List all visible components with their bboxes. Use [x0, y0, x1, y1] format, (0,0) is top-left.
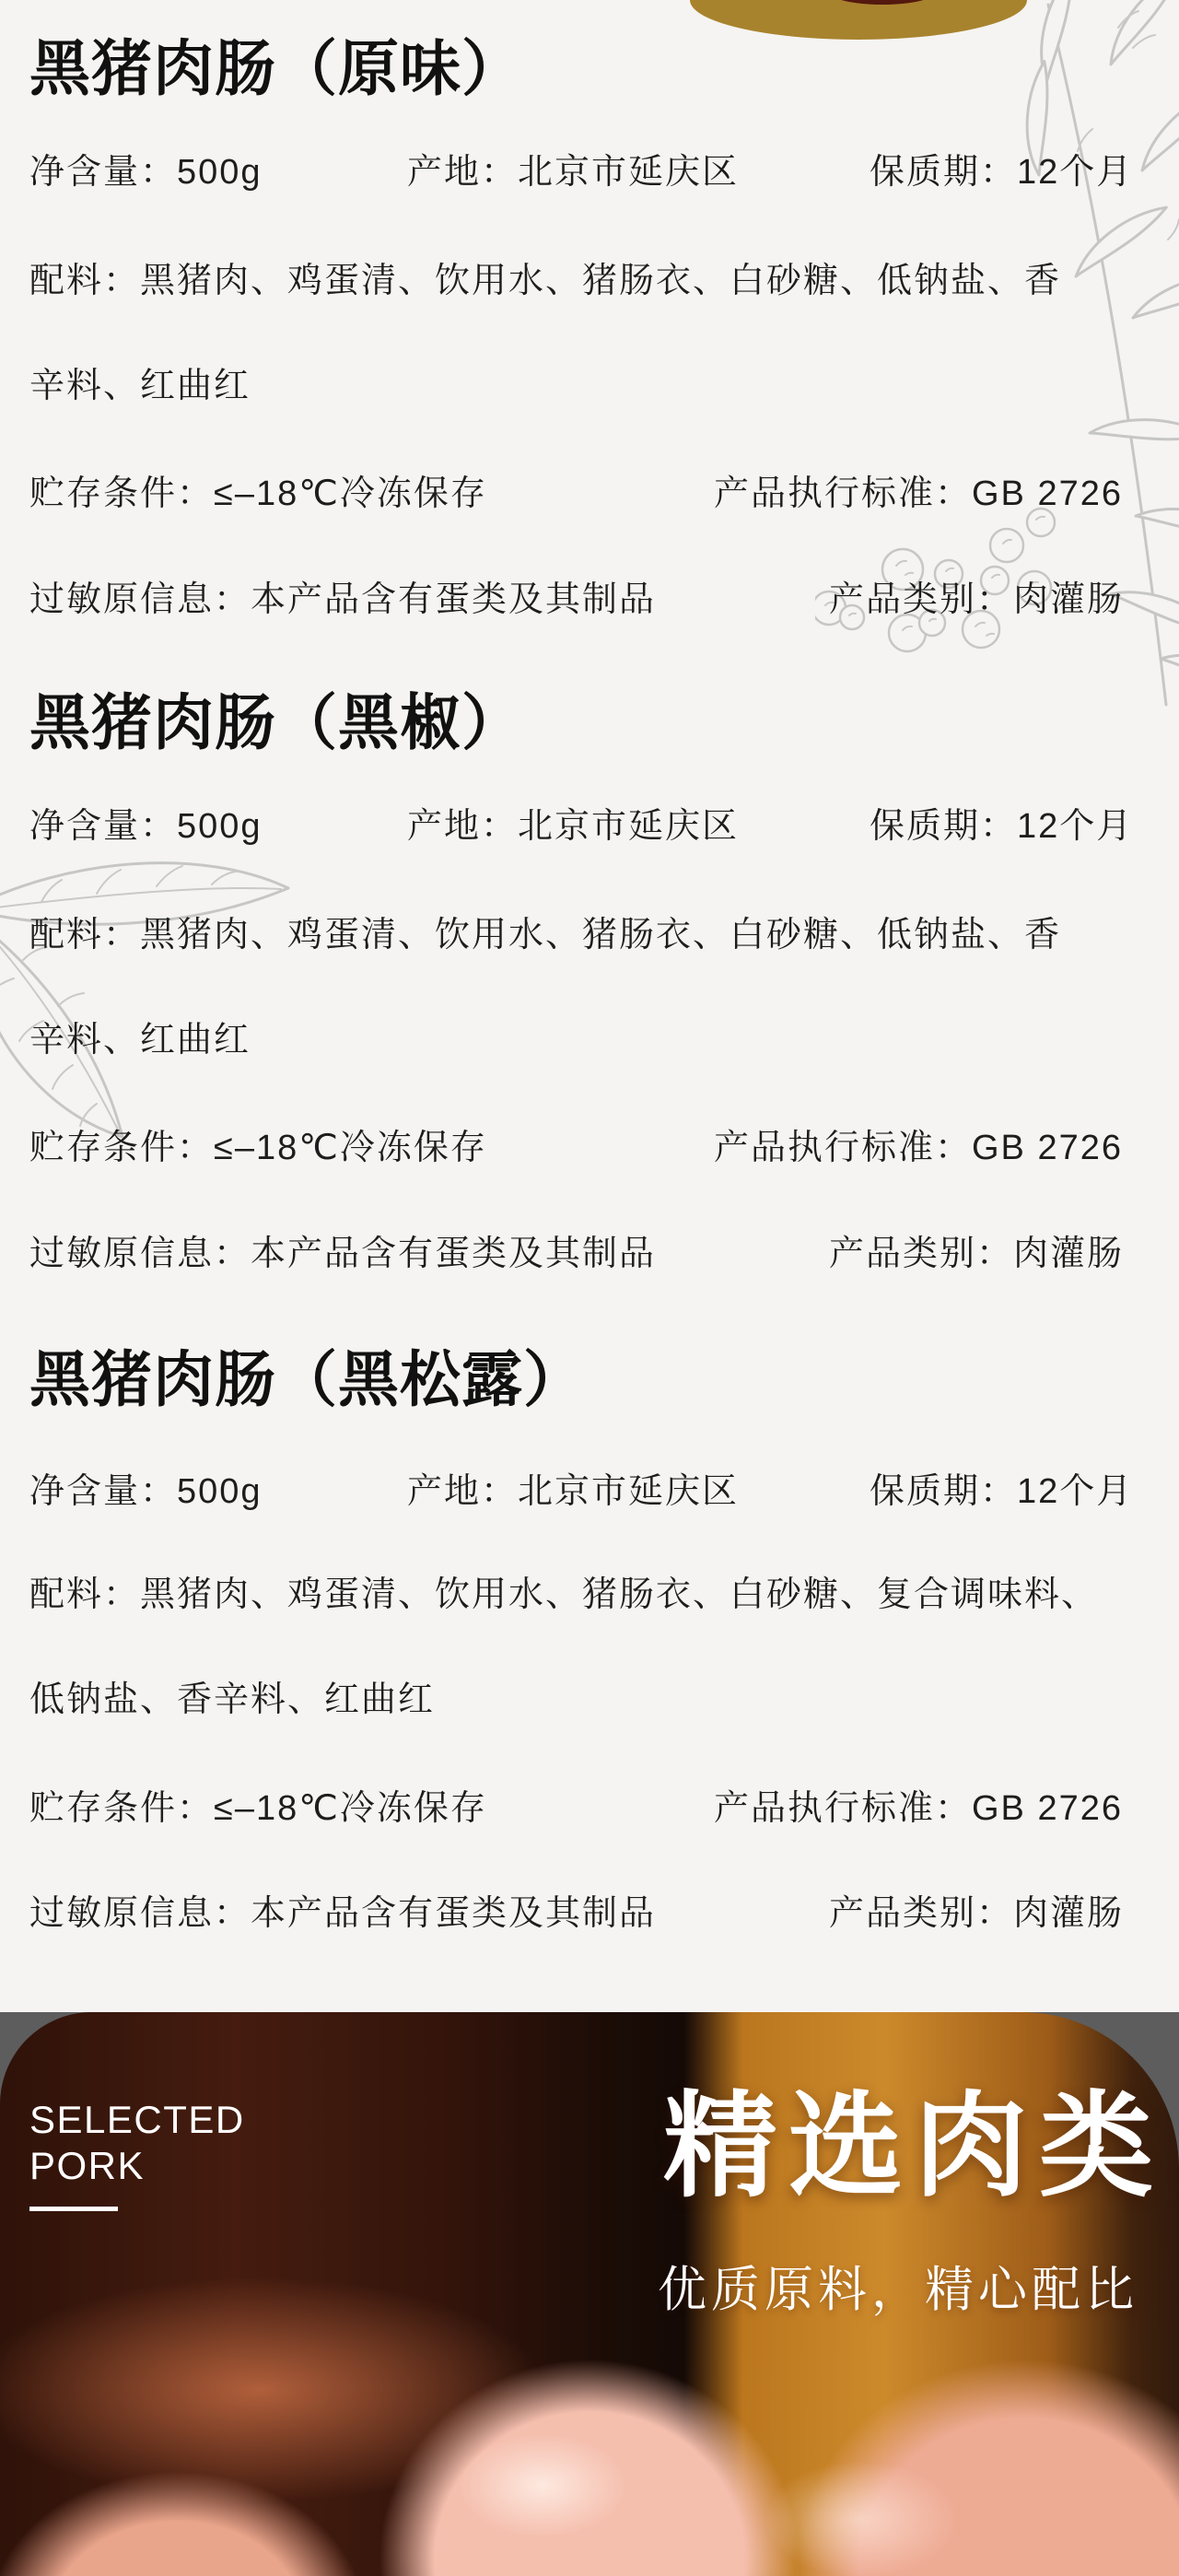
net-weight-text: 净含量：500g: [29, 805, 263, 848]
origin-text: 产地：北京市延庆区: [407, 805, 739, 848]
net-weight-text: 净含量：500g: [29, 151, 263, 193]
ingredients-text: 配料：黑猪肉、鸡蛋清、饮用水、猪肠衣、白砂糖、低钠盐、香: [29, 260, 1061, 302]
spec-row: 净含量：500g 产地：北京市延庆区 保质期：12个月: [29, 805, 1150, 848]
ingredients-text: 配料：黑猪肉、鸡蛋清、饮用水、猪肠衣、白砂糖、低钠盐、香: [29, 914, 1061, 956]
ingredients-row: 配料：黑猪肉、鸡蛋清、饮用水、猪肠衣、白砂糖、复合调味料、: [29, 1574, 1150, 1616]
shelf-life-text: 保质期：12个月: [870, 1470, 1133, 1513]
storage-text: 贮存条件：≤–18℃冷冻保存: [29, 1127, 487, 1169]
product-title: 黑猪肉肠（黑松露）: [29, 1347, 585, 1411]
spec-row: 过敏原信息：本产品含有蛋类及其制品 产品类别：肉灌肠: [29, 1233, 1150, 1275]
spec-row: 过敏原信息：本产品含有蛋类及其制品 产品类别：肉灌肠: [29, 1892, 1150, 1935]
spec-row: 净含量：500g 产地：北京市延庆区 保质期：12个月: [29, 151, 1150, 193]
spec-row: 贮存条件：≤–18℃冷冻保存 产品执行标准：GB 2726: [29, 473, 1150, 515]
category-text: 产品类别：肉灌肠: [829, 1233, 1124, 1275]
category-text: 产品类别：肉灌肠: [829, 579, 1124, 621]
ingredients-row: 辛料、红曲红: [29, 365, 1150, 407]
maroon-arc-decoration: [827, 0, 938, 5]
storage-text: 贮存条件：≤–18℃冷冻保存: [29, 473, 487, 515]
ingredients-text-continued: 辛料、红曲红: [29, 365, 251, 407]
brand-line-1: SELECTED: [29, 2097, 245, 2143]
ingredients-text: 配料：黑猪肉、鸡蛋清、饮用水、猪肠衣、白砂糖、复合调味料、: [29, 1574, 1098, 1616]
ingredients-row: 配料：黑猪肉、鸡蛋清、饮用水、猪肠衣、白砂糖、低钠盐、香: [29, 260, 1150, 302]
gold-arc-decoration: [690, 0, 1027, 40]
product-title: 黑猪肉肠（黑椒）: [29, 690, 523, 755]
standard-text: 产品执行标准：GB 2726: [714, 1787, 1123, 1830]
allergen-text: 过敏原信息：本产品含有蛋类及其制品: [29, 1233, 656, 1275]
origin-text: 产地：北京市延庆区: [407, 151, 739, 193]
ingredients-text-continued: 辛料、红曲红: [29, 1019, 251, 1061]
spec-row: 贮存条件：≤–18℃冷冻保存 产品执行标准：GB 2726: [29, 1127, 1150, 1169]
origin-text: 产地：北京市延庆区: [407, 1470, 739, 1513]
standard-text: 产品执行标准：GB 2726: [714, 473, 1123, 515]
ingredients-row: 辛料、红曲红: [29, 1019, 1150, 1061]
spec-row: 贮存条件：≤–18℃冷冻保存 产品执行标准：GB 2726: [29, 1787, 1150, 1830]
shelf-life-text: 保质期：12个月: [870, 151, 1133, 193]
product-spec-section-original: 黑猪肉肠（原味） 净含量：500g 产地：北京市延庆区 保质期：12个月 配料：…: [29, 36, 1150, 692]
storage-text: 贮存条件：≤–18℃冷冻保存: [29, 1787, 487, 1830]
product-spec-section-black-pepper: 黑猪肉肠（黑椒） 净含量：500g 产地：北京市延庆区 保质期：12个月 配料：…: [29, 690, 1150, 1346]
standard-text: 产品执行标准：GB 2726: [714, 1127, 1123, 1169]
allergen-text: 过敏原信息：本产品含有蛋类及其制品: [29, 1892, 656, 1935]
ingredients-row: 配料：黑猪肉、鸡蛋清、饮用水、猪肠衣、白砂糖、低钠盐、香: [29, 914, 1150, 956]
banner-subheadline: 优质原料，精心配比: [658, 2263, 1138, 2318]
selected-pork-banner: SELECTED PORK 精选肉类 优质原料，精心配比: [0, 2012, 1179, 2576]
ingredients-text-continued: 低钠盐、香辛料、红曲红: [29, 1679, 435, 1721]
net-weight-text: 净含量：500g: [29, 1470, 263, 1513]
brand-line-2: PORK: [29, 2143, 245, 2189]
product-title: 黑猪肉肠（原味）: [29, 36, 523, 100]
category-text: 产品类别：肉灌肠: [829, 1892, 1124, 1935]
product-spec-section-black-truffle: 黑猪肉肠（黑松露） 净含量：500g 产地：北京市延庆区 保质期：12个月 配料…: [29, 1347, 1150, 2012]
meat-photo-background: SELECTED PORK 精选肉类 优质原料，精心配比: [0, 2012, 1179, 2576]
shelf-life-text: 保质期：12个月: [870, 805, 1133, 848]
brand-text: SELECTED PORK: [29, 2097, 245, 2189]
product-detail-page: 黑猪肉肠（原味） 净含量：500g 产地：北京市延庆区 保质期：12个月 配料：…: [0, 0, 1179, 2576]
banner-headline: 精选肉类: [663, 2090, 1164, 2204]
spec-row: 过敏原信息：本产品含有蛋类及其制品 产品类别：肉灌肠: [29, 579, 1150, 621]
spec-row: 净含量：500g 产地：北京市延庆区 保质期：12个月: [29, 1470, 1150, 1513]
ingredients-row: 低钠盐、香辛料、红曲红: [29, 1679, 1150, 1721]
allergen-text: 过敏原信息：本产品含有蛋类及其制品: [29, 579, 656, 621]
brand-underline: [29, 2207, 118, 2211]
